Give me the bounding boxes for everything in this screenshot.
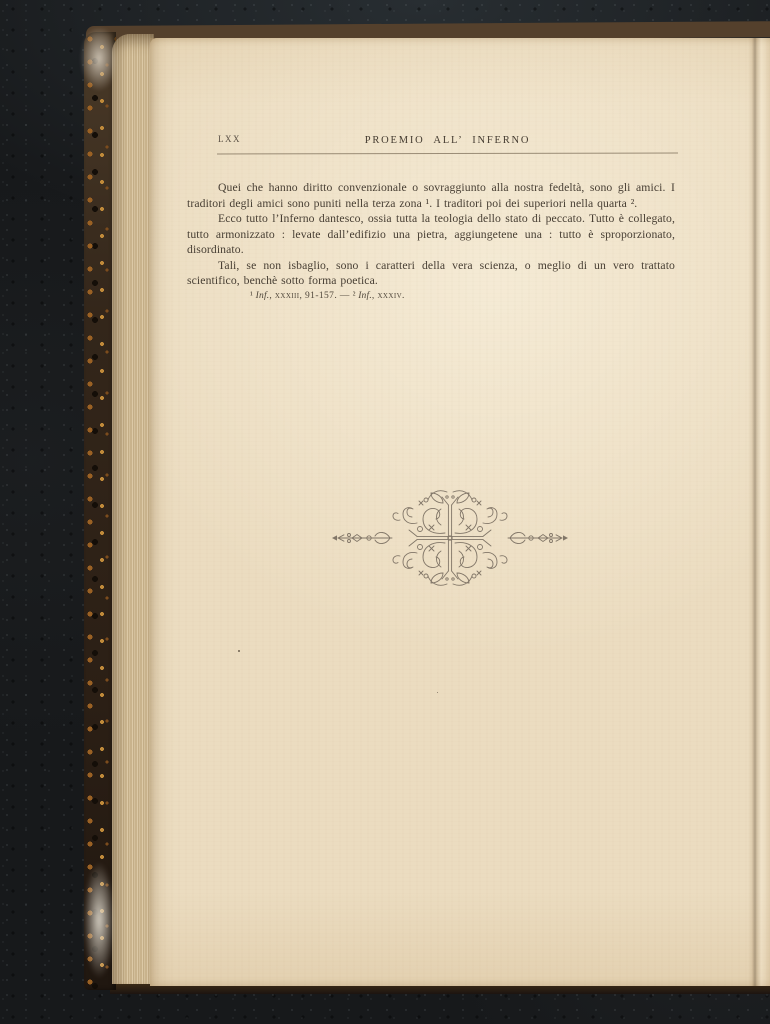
- page-header: LXX PROEMIO ALL’ INFERNO: [217, 130, 678, 148]
- footnote-ref-detail: , xxxiii, 91-157. —: [269, 291, 352, 301]
- paragraph: Quei che hanno diritto convenzionale o s…: [187, 180, 675, 211]
- photo-background: LXX PROEMIO ALL’ INFERNO Quei che hanno …: [0, 0, 770, 1024]
- paper-speck: [238, 650, 240, 652]
- paragraph: Tali, se non isbaglio, sono i caratteri …: [187, 258, 675, 289]
- gutter-crease: [748, 38, 770, 986]
- page-number: LXX: [218, 134, 241, 144]
- footnote-ref-detail: , xxxiv.: [372, 291, 405, 301]
- book: LXX PROEMIO ALL’ INFERNO Quei che hanno …: [84, 26, 770, 994]
- paragraph: Ecco tutto l’Inferno dantesco, ossia tut…: [187, 211, 675, 258]
- header-rule: [217, 153, 678, 155]
- body-text: Quei che hanno diritto convenzionale o s…: [187, 180, 675, 289]
- footnote: ¹ Inf., xxxiii, 91-157. — ² Inf., xxxiv.: [250, 291, 405, 301]
- running-title: PROEMIO ALL’ INFERNO: [365, 135, 531, 146]
- footnote-ref-title: Inf.: [256, 291, 270, 301]
- page-edges: [112, 34, 154, 984]
- fleuron-ornament-icon: [330, 488, 570, 588]
- book-page: LXX PROEMIO ALL’ INFERNO Quei che hanno …: [150, 38, 770, 986]
- footnote-ref-title: Inf.: [358, 291, 372, 301]
- paper-speck: [437, 692, 438, 693]
